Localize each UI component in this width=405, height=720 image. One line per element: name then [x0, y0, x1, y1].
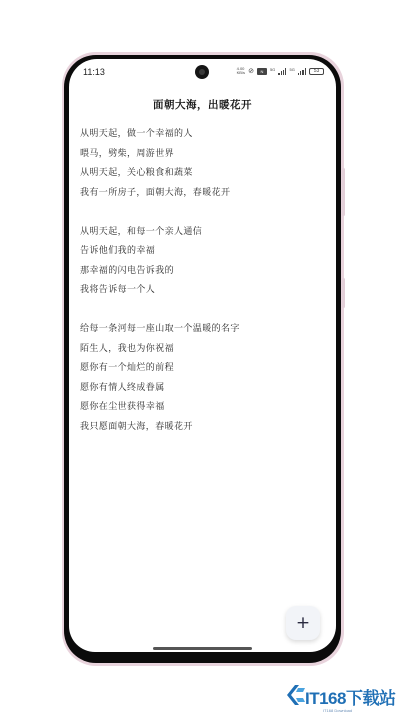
power-button	[342, 278, 345, 308]
status-icons: 4.00 KB/s ⊘ N 5G 5G 53	[237, 67, 324, 75]
poem-line: 愿你有一个灿烂的前程	[80, 359, 325, 379]
poem-line: 喂马，劈柴，周游世界	[80, 145, 325, 165]
poem-line: 从明天起，关心粮食和蔬菜	[80, 164, 325, 184]
page-title: 面朝大海，出暖花开	[69, 97, 336, 112]
network-speed: 4.00 KB/s	[237, 67, 245, 75]
stanza-2: 从明天起，和每一个亲人通信 告诉他们我的幸福 那幸福的闪电告诉我的 我将告诉每一…	[80, 223, 325, 301]
poem-line: 我将告诉每一个人	[80, 281, 325, 301]
poem-line: 给每一条河每一座山取一个温暖的名字	[80, 320, 325, 340]
add-button[interactable]: +	[286, 606, 320, 640]
poem-line: 告诉他们我的幸福	[80, 242, 325, 262]
signal-strength-icon	[278, 68, 286, 75]
stanza-gap	[80, 203, 325, 223]
watermark-text: IT168下载站	[305, 684, 395, 709]
plus-icon: +	[296, 613, 310, 633]
stanza-3: 给每一条河每一座山取一个温暖的名字 陌生人，我也为你祝福 愿你有一个灿烂的前程 …	[80, 320, 325, 437]
mute-icon: ⊘	[248, 67, 254, 75]
poem-line: 从明天起，和每一个亲人通信	[80, 223, 325, 243]
status-bar: 11:13 4.00 KB/s ⊘ N 5G 5G 53	[69, 59, 336, 87]
poem-line: 从明天起，做一个幸福的人	[80, 125, 325, 145]
signal-strength-icon-2	[298, 68, 306, 75]
battery-icon: 53	[309, 68, 324, 75]
watermark: IT168下载站 IT168 Download	[283, 683, 403, 717]
stanza-gap	[80, 301, 325, 321]
signal-label-1: 5G	[270, 67, 275, 72]
poem-line: 我有一所房子，面朝大海，春暖花开	[80, 184, 325, 204]
phone-screen: 11:13 4.00 KB/s ⊘ N 5G 5G 53 面朝大海，出暖花开 从…	[69, 59, 336, 652]
stanza-1: 从明天起，做一个幸福的人 喂马，劈柴，周游世界 从明天起，关心粮食和蔬菜 我有一…	[80, 125, 325, 203]
signal-label-2: 5G	[289, 67, 294, 72]
nfc-icon: N	[257, 68, 267, 75]
status-time: 11:13	[83, 67, 105, 77]
poem-line: 陌生人，我也为你祝福	[80, 340, 325, 360]
poem-body: 从明天起，做一个幸福的人 喂马，劈柴，周游世界 从明天起，关心粮食和蔬菜 我有一…	[80, 125, 325, 437]
poem-line: 愿你有情人终成眷属	[80, 379, 325, 399]
watermark-subtext: IT168 Download	[323, 708, 352, 713]
poem-line: 那幸福的闪电告诉我的	[80, 262, 325, 282]
home-indicator[interactable]	[153, 647, 252, 650]
front-camera	[195, 65, 209, 79]
volume-button	[342, 168, 345, 216]
poem-line: 愿你在尘世获得幸福	[80, 398, 325, 418]
poem-line: 我只愿面朝大海，春暖花开	[80, 418, 325, 438]
it168-logo-icon	[283, 683, 307, 707]
